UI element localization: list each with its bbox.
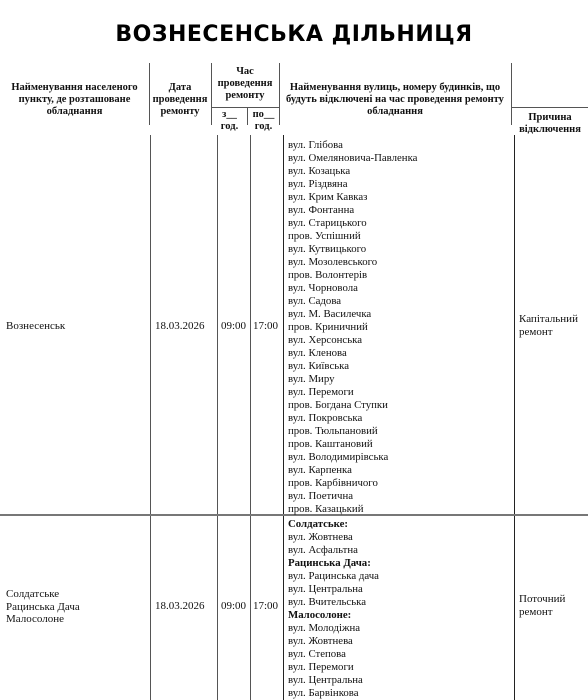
row-reason: Поточний ремонт: [519, 593, 585, 618]
street-group-heading: Малосолоне:: [288, 609, 512, 622]
row-time-from: 09:00: [221, 600, 249, 613]
settlement-name: Рацинська Дача: [6, 601, 146, 614]
street-item: вул. Жовтнева: [288, 635, 512, 648]
header-divider: [279, 63, 280, 125]
street-item: вул. Миру: [288, 373, 512, 386]
street-item: вул. Кленова: [288, 347, 512, 360]
row-time-to: 17:00: [253, 320, 283, 333]
row-time-to: 17:00: [253, 600, 283, 613]
street-item: вул. Омеляновича-Павленка: [288, 152, 512, 165]
header-reason: Причина відключення: [512, 112, 588, 136]
street-item: вул. М. Василечка: [288, 308, 512, 321]
street-item: вул. Молодіжна: [288, 622, 512, 635]
street-item: вул. Центральна: [288, 583, 512, 596]
column-divider: [514, 135, 515, 700]
column-divider: [217, 135, 218, 700]
header-time: Час проведення ремонту: [212, 66, 278, 102]
row-settlement: СолдатськеРацинська ДачаМалосолоне: [6, 588, 146, 626]
street-item: пров. Каштановий: [288, 438, 512, 451]
street-item: вул. Глібова: [288, 139, 512, 152]
row-date: 18.03.2026: [155, 320, 215, 333]
street-item: вул. Крим Кавказ: [288, 191, 512, 204]
street-item: пров. Волонтерів: [288, 269, 512, 282]
header-streets: Найменування вулиць, номеру будинків, що…: [281, 82, 509, 118]
street-item: вул. Барвінкова: [288, 687, 512, 700]
column-divider: [150, 135, 151, 700]
street-item: вул. Степова: [288, 648, 512, 661]
street-item: вул. Старицького: [288, 217, 512, 230]
street-item: вул. Козацька: [288, 165, 512, 178]
header-settlement: Найменування населеного пункту, де розта…: [2, 82, 147, 118]
street-item: пров. Тюльпановий: [288, 425, 512, 438]
street-item: вул. Кутвицького: [288, 243, 512, 256]
row-time-from: 09:00: [221, 320, 249, 333]
street-item: вул. Херсонська: [288, 334, 512, 347]
street-item: вул. Різдвяна: [288, 178, 512, 191]
street-item: вул. Володимирівська: [288, 451, 512, 464]
street-item: вул. Центральна: [288, 674, 512, 687]
street-group-heading: Солдатське:: [288, 518, 512, 531]
street-item: вул. Рацинська дача: [288, 570, 512, 583]
column-divider: [250, 135, 251, 700]
street-item: пров. Казацький: [288, 503, 512, 516]
row-reason: Капітальний ремонт: [519, 313, 585, 338]
street-item: вул. Київська: [288, 360, 512, 373]
street-item: вул. Фонтанна: [288, 204, 512, 217]
street-list: вул. Глібовавул. Омеляновича-Павленкавул…: [288, 139, 512, 516]
street-list: Солдатське:вул. Жовтневавул. АсфальтнаРа…: [288, 518, 512, 700]
street-item: пров. Богдана Ступки: [288, 399, 512, 412]
street-item: вул. Асфальтна: [288, 544, 512, 557]
street-item: вул. Мозолевського: [288, 256, 512, 269]
street-item: пров. Успішний: [288, 230, 512, 243]
street-item: вул. Садова: [288, 295, 512, 308]
header-time-from: з__ год.: [213, 109, 246, 133]
street-item: вул. Поетична: [288, 490, 512, 503]
street-item: вул. Перемоги: [288, 661, 512, 674]
street-item: пров. Криничний: [288, 321, 512, 334]
street-item: пров. Карбівничого: [288, 477, 512, 490]
header-divider: [211, 107, 279, 108]
street-item: вул. Жовтнева: [288, 531, 512, 544]
street-item: вул. Чорновола: [288, 282, 512, 295]
street-group-heading: Рацинська Дача:: [288, 557, 512, 570]
street-item: вул. Вчительська: [288, 596, 512, 609]
settlement-name: Малосолоне: [6, 613, 146, 626]
row-date: 18.03.2026: [155, 600, 215, 613]
row-settlement: Вознесенськ: [6, 320, 146, 333]
street-item: вул. Покровська: [288, 412, 512, 425]
street-item: вул. Перемоги: [288, 386, 512, 399]
header-divider: [511, 107, 588, 108]
column-divider: [283, 135, 284, 700]
header-date: Дата проведення ремонту: [150, 82, 210, 118]
header-time-to: по__ год.: [248, 109, 279, 133]
settlement-name: Солдатське: [6, 588, 146, 601]
page-title: ВОЗНЕСЕНСЬКА ДІЛЬНИЦЯ: [0, 22, 588, 47]
street-item: вул. Карпенка: [288, 464, 512, 477]
